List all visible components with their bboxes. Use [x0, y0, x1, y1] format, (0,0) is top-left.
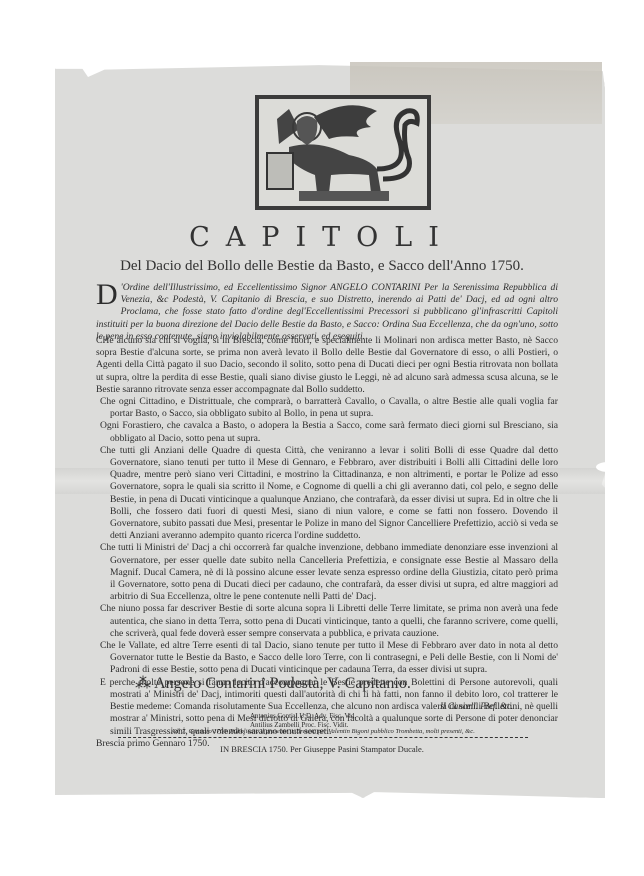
paper-tear: [596, 462, 620, 472]
signature-mark-icon: ⁂: [135, 675, 151, 692]
clause-item: Che tutti li Ministri de' Dacj a chi occ…: [96, 542, 558, 603]
intro-text: 'Ordine dell'Illustrissimo, ed Eccellent…: [96, 282, 558, 342]
clause-item: Che tutti gli Anziani delle Quadre di qu…: [96, 445, 558, 543]
clause-item: Che le Vallate, ed altre Terre esenti di…: [96, 640, 558, 677]
clause-item: CHe alcuno sia chi si voglia, sì in Bres…: [96, 335, 558, 396]
intro-dropcap: D: [96, 282, 118, 308]
publication-note: Adì 7. Gennaro 1750. Pubblicato il prese…: [118, 728, 528, 738]
clause-item: Ogni Forastiero, che cavalca a Basto, o …: [96, 420, 558, 444]
document-title: CAPITOLI: [0, 222, 644, 253]
intro-paragraph: D 'Ordine dell'Illustrissimo, ed Eccelle…: [96, 282, 558, 343]
clause-item: Che ogni Cittadino, e Distrittuale, che …: [96, 396, 558, 420]
document-subtitle: Del Dacio del Bollo delle Bestie da Bast…: [0, 258, 644, 275]
signature-line: ⁂ Angelo Contarini Podestà, V. Capitanio…: [135, 673, 411, 693]
cancelliere-line: Il Cancell. Pref. &c.: [440, 701, 513, 711]
clause-item: Che niuno possa far descriver Bestie di …: [96, 603, 558, 640]
printer-imprint: IN BRESCIA 1750. Per Giuseppe Pasini Sta…: [0, 744, 644, 754]
lion-of-saint-mark-icon: [255, 95, 431, 210]
signature-text: Angelo Contarini Podestà, V. Capitanio.: [154, 675, 411, 692]
official-line: Antonius Conti J.U.D. Adv. Fisc. Vid.: [250, 712, 356, 721]
